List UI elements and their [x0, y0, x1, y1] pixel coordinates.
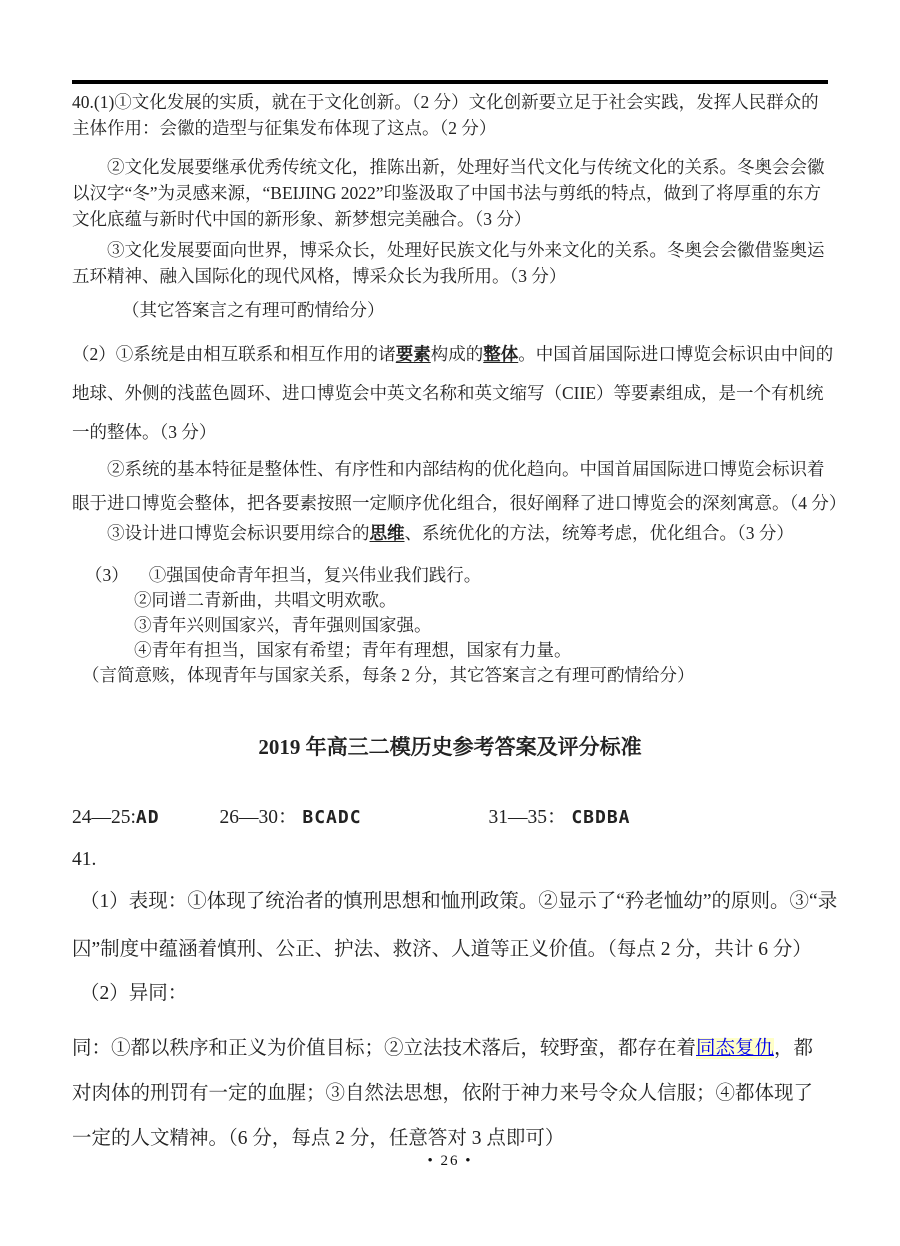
answer-paragraph-40-1-3: ③文化发展要面向世界，博采众长，处理好民族文化与外来文化的关系。冬奥会会徽借鉴奥… [72, 237, 828, 289]
multiple-choice-answer-key: 24—25:AD 26—30： BCADC 31—35： CBDBA [72, 804, 828, 832]
question-range: 31—35： [488, 807, 566, 828]
text-segment: 、系统优化的方法，统筹考虑，优化组合。（3 分） [405, 523, 794, 543]
section-divider-rule [72, 80, 828, 84]
text-line: 眼于进口博览会整体，把各要素按照一定顺序优化组合，很好阐释了进口博览会的深刻寓意… [72, 486, 828, 520]
answer-paragraph-40-3: （3）①强国使命青年担当，复兴伟业我们践行。 ②同谱二青新曲，共唱文明欢歌。 ③… [72, 563, 828, 688]
text-line: 文化底蕴与新时代中国的新形象、新梦想完美融合。（3 分） [72, 206, 828, 232]
question-range: 26—30： [219, 807, 297, 828]
answer-key-item: 31—35： CBDBA [488, 807, 630, 828]
text-segment: 构成的 [431, 344, 484, 364]
text-line: ②文化发展要继承优秀传统文化，推陈出新，处理好当代文化与传统文化的关系。冬奥会会… [72, 154, 828, 180]
answer-letters: BCADC [302, 807, 361, 828]
answer-heading-41-2: （2）异同： [72, 980, 828, 1008]
answer-key-item: 24—25:AD [72, 807, 160, 828]
text-line: 地球、外侧的浅蓝色圆环、进口博览会中英文名称和英文缩写（CIIE）等要素组成，是… [72, 374, 828, 413]
text-line: （3）①强国使命青年担当，复兴伟业我们践行。 [72, 563, 828, 588]
grading-note-40-1: （其它答案言之有理可酌情给分） [72, 297, 828, 323]
page-content: 40.(1)①文化发展的实质，就在于文化创新。（2 分）文化创新要立足于社会实践… [72, 0, 828, 1161]
answer-paragraph-40-2-2: ②系统的基本特征是整体性、有序性和内部结构的优化趋向。中国首届国际进口博览会标识… [72, 452, 828, 520]
text-segment: （2）①系统是由相互联系和相互作用的诸 [72, 344, 396, 364]
part-label: （3） [85, 565, 129, 585]
text-segment: 。中国首届国际进口博览会标识由中间的 [518, 344, 833, 364]
underlined-term: 要素 [396, 344, 431, 364]
answer-paragraph-40-1-2: ②文化发展要继承优秀传统文化，推陈出新，处理好当代文化与传统文化的关系。冬奥会会… [72, 154, 828, 232]
answer-paragraph-40-2-3: ③设计进口博览会标识要用综合的思维、系统优化的方法，统筹考虑，优化组合。（3 分… [72, 520, 828, 547]
answer-letters: AD [136, 807, 160, 828]
answer-paragraph-41-2-same: 同：①都以秩序和正义为价值目标；②立法技术落后，较野蛮，都存在着同态复仇，都 对… [72, 1026, 828, 1161]
question-range: 24—25: [72, 807, 136, 828]
text-line: （2）①系统是由相互联系和相互作用的诸要素构成的整体。中国首届国际进口博览会标识… [72, 335, 828, 374]
text-line: ②系统的基本特征是整体性、有序性和内部结构的优化趋向。中国首届国际进口博览会标识… [72, 452, 828, 486]
text-line: 五环精神、融入国际化的现代风格，博采众长为我所用。（3 分） [72, 263, 828, 289]
text-line: ③文化发展要面向世界，博采众长，处理好民族文化与外来文化的关系。冬奥会会徽借鉴奥… [72, 237, 828, 263]
text-line: 同：①都以秩序和正义为价值目标；②立法技术落后，较野蛮，都存在着同态复仇，都 [72, 1026, 828, 1071]
answer-paragraph-41-1: （1）表现：①体现了统治者的慎刑思想和恤刑政策。②显示了“矜老恤幼”的原则。③“… [72, 878, 828, 974]
question-41-number: 41. [72, 846, 828, 874]
text-line: 囚”制度中蕴涵着慎刑、公正、护法、救济、人道等正义价值。（每点 2 分，共计 6… [72, 926, 828, 974]
text-segment: ，都 [774, 1038, 813, 1059]
text-segment: 同：①都以秩序和正义为价值目标；②立法技术落后，较野蛮，都存在着 [72, 1038, 696, 1059]
page-number: • 26 • [0, 1153, 900, 1170]
text-line: 以汉字“冬”为灵感来源，“BEIJING 2022”印鉴汲取了中国书法与剪纸的特… [72, 180, 828, 206]
text-line: （2）异同： [80, 980, 828, 1008]
text-line: （其它答案言之有理可酌情给分） [122, 297, 828, 323]
text-segment: ③设计进口博览会标识要用综合的 [107, 523, 370, 543]
history-answer-key-title: 2019 年高三二模历史参考答案及评分标准 [72, 732, 828, 762]
answer-letters: CBDBA [571, 807, 630, 828]
answer-paragraph-40-2-1: （2）①系统是由相互联系和相互作用的诸要素构成的整体。中国首届国际进口博览会标识… [72, 335, 828, 452]
text-line: 对肉体的刑罚有一定的血腥；③自然法思想，依附于神力来号令众人信服；④都体现了 [72, 1071, 828, 1116]
answer-paragraph-40-1-1: 40.(1)①文化发展的实质，就在于文化创新。（2 分）文化创新要立足于社会实践… [72, 89, 828, 141]
text-line: 40.(1)①文化发展的实质，就在于文化创新。（2 分）文化创新要立足于社会实践… [72, 89, 828, 115]
slogan-item: ④青年有担当，国家有希望；青年有理想，国家有力量。 [134, 638, 828, 663]
inline-hyperlink[interactable]: 同态复仇 [696, 1038, 774, 1059]
text-line: 一的整体。（3 分） [72, 413, 828, 452]
slogan-item: ②同谱二青新曲，共唱文明欢歌。 [134, 588, 828, 613]
text-line: （1）表现：①体现了统治者的慎刑思想和恤刑政策。②显示了“矜老恤幼”的原则。③“… [72, 878, 828, 926]
slogan-item: ③青年兴则国家兴，青年强则国家强。 [134, 613, 828, 638]
question-40-answer-section: 40.(1)①文化发展的实质，就在于文化创新。（2 分）文化创新要立足于社会实践… [72, 89, 828, 688]
underlined-term: 思维 [370, 523, 405, 543]
document-page: 40.(1)①文化发展的实质，就在于文化创新。（2 分）文化创新要立足于社会实践… [0, 0, 900, 1246]
text-line: ③设计进口博览会标识要用综合的思维、系统优化的方法，统筹考虑，优化组合。（3 分… [72, 520, 828, 547]
answer-key-item: 26—30： BCADC [219, 807, 361, 828]
text-line: 主体作用：会徽的造型与征集发布体现了这点。（2 分） [72, 115, 828, 141]
slogan-item: ①强国使命青年担当，复兴伟业我们践行。 [149, 565, 482, 585]
grading-note-40-3: （言简意赅，体现青年与国家关系，每条 2 分，其它答案言之有理可酌情给分） [82, 663, 828, 688]
question-41-answer-section: （1）表现：①体现了统治者的慎刑思想和恤刑政策。②显示了“矜老恤幼”的原则。③“… [72, 878, 828, 1161]
underlined-term: 整体 [483, 344, 518, 364]
